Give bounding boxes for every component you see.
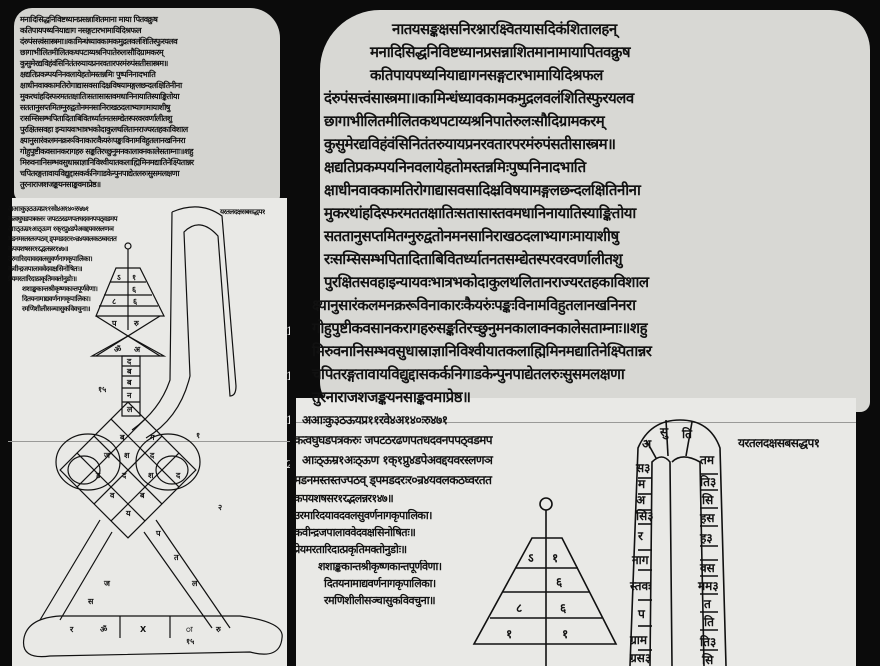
pyramid-lower-cell: अ bbox=[134, 345, 141, 354]
knot-cell: द bbox=[175, 471, 181, 480]
knot-cell: ब bbox=[139, 491, 145, 500]
arch-right-cell: ह३ bbox=[699, 531, 713, 545]
pyramid-lower-cell: ॐ bbox=[114, 345, 122, 354]
page-number: १५ bbox=[98, 385, 106, 394]
arch-left-cell: ग्रस३ bbox=[629, 651, 651, 665]
pyramid-cell: ६ bbox=[556, 575, 563, 589]
arch-left-cell: अ bbox=[636, 493, 646, 507]
figure-poem-diagram: अ सु ति स३ म अ सि३ र नाग स्तवः प ग्राम ग… bbox=[290, 0, 880, 666]
arch-top-cell: सु bbox=[659, 425, 669, 440]
arch-right-cell: सि bbox=[701, 653, 714, 666]
arch-right-cell: वस bbox=[699, 561, 716, 575]
knot-mark: २ bbox=[218, 503, 222, 512]
pyramid-cell: ऽ bbox=[117, 273, 121, 282]
knot-cell: ज bbox=[103, 451, 111, 460]
arch-right-cell: त bbox=[703, 597, 712, 611]
stem-cell: ब bbox=[126, 378, 132, 387]
stem-cell: न bbox=[126, 391, 132, 400]
pyramid-cell: १ bbox=[506, 627, 512, 641]
pyramid-cell: १ bbox=[562, 627, 568, 641]
stem-cell: ब bbox=[126, 367, 132, 376]
page-number: १५ bbox=[186, 637, 194, 646]
arch-left-cell: प bbox=[637, 607, 646, 621]
pyramid-cell: ऽ bbox=[528, 551, 534, 565]
stem-cell: द bbox=[126, 357, 132, 366]
knot-cell: ब bbox=[119, 433, 125, 442]
arch-right-cell: ति bbox=[703, 615, 715, 629]
arch-left-cell: म bbox=[637, 477, 646, 491]
base-cell: ः bbox=[186, 625, 193, 634]
pyramid-cell: प bbox=[111, 319, 117, 328]
knot-cell: त bbox=[173, 553, 179, 562]
knot-cell: प bbox=[155, 529, 161, 538]
pyramid-cell: ६ bbox=[132, 285, 137, 294]
manuscript-full-page-view: मनादिसिद्धनिविष्टध्यानप्रसन्नाशितमाना मा… bbox=[0, 0, 290, 666]
knot-cell: ग bbox=[149, 433, 155, 442]
knot-cell: द bbox=[149, 451, 155, 460]
arch-left-cell: स३ bbox=[635, 461, 650, 475]
figure-poem-diagram: ऽ १ ६ ८ ६ प रु ॐ अ द ब ब न ल ब ग ज श द ड… bbox=[0, 0, 290, 666]
pyramid-cell: ८ bbox=[516, 601, 522, 615]
knot-cell: श bbox=[124, 451, 130, 460]
knot-cell: ड bbox=[95, 471, 101, 480]
arch-right-cell: मम३ bbox=[697, 579, 719, 593]
arch-right-cell: तम bbox=[699, 453, 715, 467]
knot-cell: व bbox=[109, 491, 115, 500]
base-cell: रु bbox=[215, 625, 222, 634]
arch-right-cell: हस bbox=[699, 511, 715, 525]
knot-cell: श bbox=[148, 471, 154, 480]
base-cell: X bbox=[140, 625, 147, 634]
arch-left-cell: स्तवः bbox=[629, 579, 651, 593]
pyramid-cell: १ bbox=[552, 551, 558, 565]
knot-cell: द bbox=[121, 471, 127, 480]
base-cell: ॐ bbox=[100, 625, 108, 634]
stem-cell: ल bbox=[126, 405, 133, 414]
arch-right-cell: सि bbox=[701, 493, 714, 507]
arch-right-cell: ति३ bbox=[699, 635, 716, 649]
knot-cell: य bbox=[125, 509, 131, 518]
pyramid-cell: रु bbox=[133, 319, 140, 328]
base-cell: र bbox=[69, 625, 74, 634]
knot-cell: ज bbox=[103, 579, 111, 588]
arch-left-cell: नाग bbox=[631, 553, 650, 567]
pyramid-cell: ८ bbox=[112, 297, 116, 306]
arch-top-cell: ति bbox=[681, 427, 693, 441]
knot-mark: १ bbox=[196, 431, 200, 440]
pyramid-cell: १ bbox=[132, 273, 136, 282]
manuscript-enlarged-view: नातयसङ्कक्षसनिरश्नारक्ष्वितयासदिकंशितालह… bbox=[290, 0, 880, 666]
pyramid-cell: ६ bbox=[133, 297, 138, 306]
arch-left-cell: ग्राम bbox=[629, 633, 648, 647]
arch-right-cell: ति३ bbox=[699, 475, 716, 489]
arch-top-cell: अ bbox=[642, 437, 652, 451]
arch-left-cell: सि३ bbox=[635, 509, 653, 523]
knot-cell: स bbox=[87, 597, 94, 606]
arch-left-cell: र bbox=[637, 529, 644, 543]
knot-cell: ल bbox=[191, 579, 198, 588]
pyramid-cell: ६ bbox=[560, 601, 567, 615]
